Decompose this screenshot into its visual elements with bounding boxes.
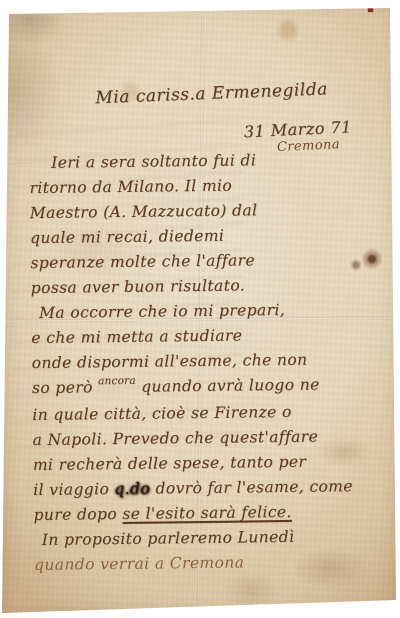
- letter-segment: possa aver buon risultato.: [31, 276, 246, 297]
- letter-segment: Maestro (A. Mazzucato) dal: [30, 201, 258, 222]
- letter-segment: mi recherà delle spese, tanto per: [33, 453, 307, 474]
- letter-paper: Mia cariss.a Ermenegilda 31 Marzo 71 Cre…: [0, 0, 400, 618]
- letter-segment: Ma occorre che io mi prepari,: [39, 301, 285, 322]
- letter-segment: onde dispormi all'esame, che non: [32, 351, 308, 372]
- letter-body: Ieri a sera soltanto fui diritorno da Mi…: [29, 147, 393, 578]
- letter-line: quando verrai a Cremona: [34, 549, 393, 578]
- letter-segment: quale mi recai, diedemi: [30, 227, 224, 247]
- letter-line: il viaggio q.do dovrò far l'esame, come: [33, 474, 392, 503]
- letter-segment-blot: q.do: [114, 480, 150, 498]
- letter-segment: a Napoli. Prevedo che quest'affare: [32, 428, 318, 449]
- salutation: Mia cariss.a Ermenegilda: [95, 79, 326, 108]
- photo-background: Mia cariss.a Ermenegilda 31 Marzo 71 Cre…: [0, 0, 400, 618]
- handwritten-text-layer: Mia cariss.a Ermenegilda 31 Marzo 71 Cre…: [0, 0, 400, 618]
- letter-segment: e che mi metta a studiare: [31, 326, 242, 347]
- letter-segment: il viaggio: [33, 480, 114, 499]
- letter-segment: quando avrà luogo ne: [136, 376, 320, 396]
- letter-segment: pure dopo: [33, 505, 122, 524]
- letter-segment-insert: ancora: [98, 369, 136, 394]
- letter-segment: speranze molte che l'affare: [30, 251, 255, 272]
- letter-segment: quando verrai a Cremona: [34, 553, 244, 574]
- letter-segment: ritorno da Milano. Il mio: [29, 177, 232, 197]
- letter-segment: In proposito parleremo Lunedì: [42, 528, 295, 549]
- letter-segment: so però: [32, 378, 98, 397]
- letter-segment: in quale città, cioè se Firenze o: [32, 403, 292, 424]
- letter-segment: dovrò far l'esame, come: [150, 477, 353, 497]
- letter-segment: Ieri a sera soltanto fui di: [51, 151, 256, 172]
- letter-segment-underline: se l'esito sarà felice.: [122, 503, 292, 523]
